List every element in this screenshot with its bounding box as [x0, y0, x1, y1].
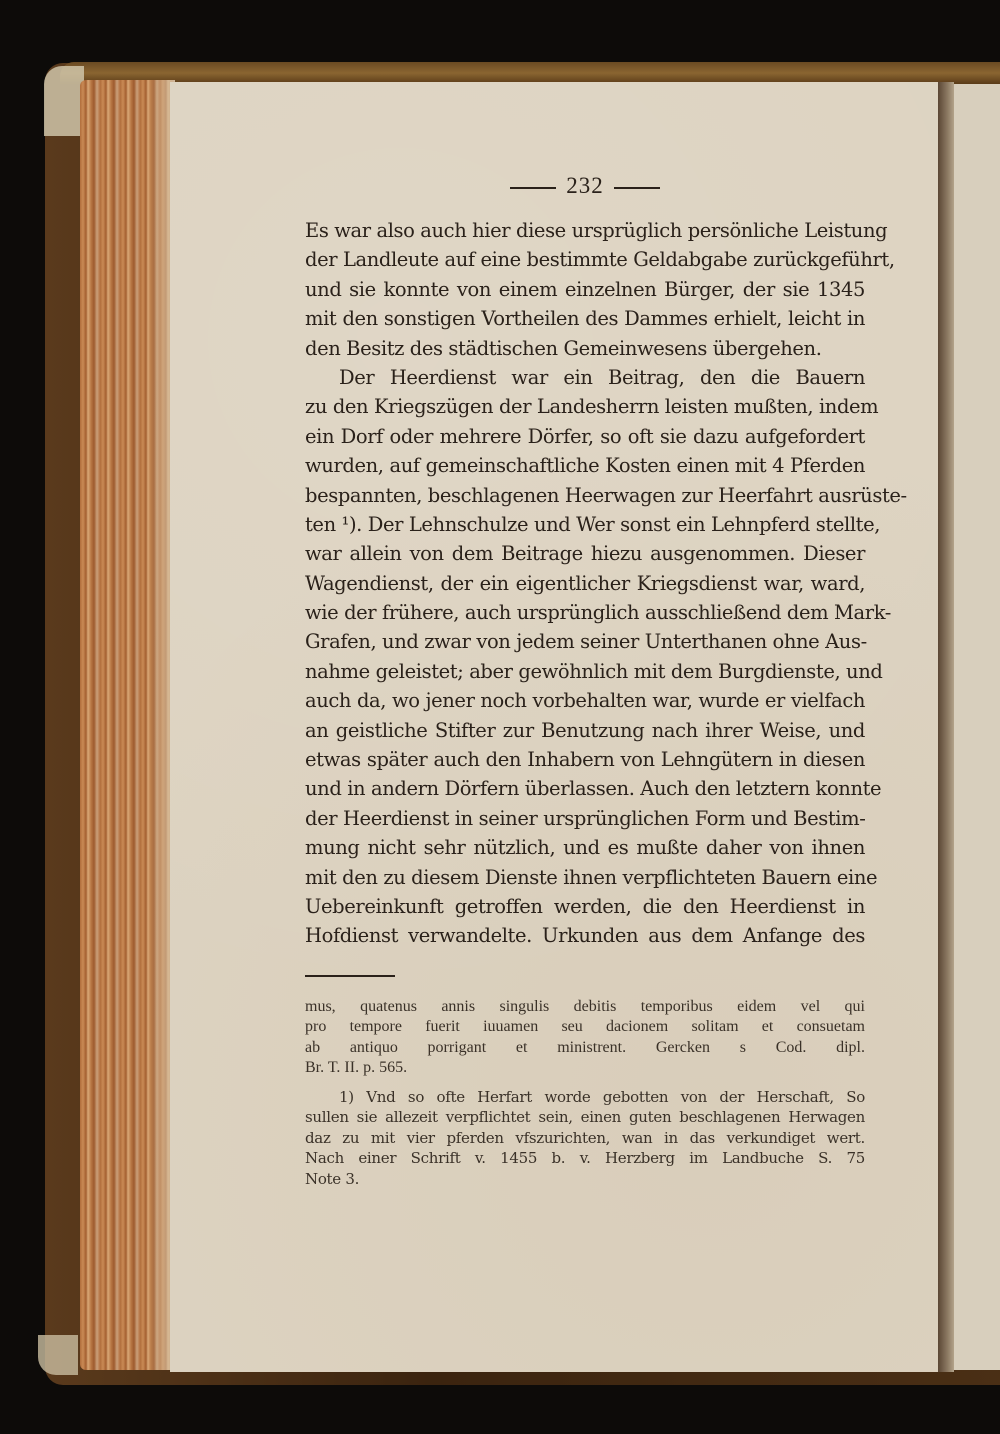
body-line: bespannten, beschlagenen Heerwagen zur H…	[305, 481, 865, 510]
footnote-separator	[305, 975, 395, 977]
footnote-line: Br. T. II. p. 565.	[305, 1058, 865, 1079]
footnote-line: daz zu mit vier pferden vfszurichten, wa…	[305, 1128, 865, 1149]
page-number: 232	[566, 173, 604, 198]
body-line: Grafen, und zwar von jedem seiner Untert…	[305, 627, 865, 656]
body-line: den Besitz des städtischen Gemeinwesens …	[305, 334, 865, 363]
body-line: Wagendienst, der ein eigentlicher Kriegs…	[305, 569, 865, 598]
body-line: Es war also auch hier diese ursprüglich …	[305, 216, 865, 245]
body-line: Uebereinkunft getroffen werden, die den …	[305, 892, 865, 921]
footnote-1: 1) Vnd so ofte Herfart worde gebotten vo…	[305, 1087, 865, 1190]
worn-cover-corner-top	[44, 66, 84, 136]
body-line: der Landleute auf eine bestimmte Geldabg…	[305, 245, 865, 274]
body-line: Der Heerdienst war ein Beitrag, den die …	[305, 363, 865, 392]
body-line: der Heerdienst in seiner ursprünglichen …	[305, 804, 865, 833]
worn-cover-corner-bottom	[38, 1335, 78, 1375]
footnote-line: mus, quatenus annis singulis debitis tem…	[305, 997, 865, 1018]
body-line: mit den sonstigen Vortheilen des Dammes …	[305, 304, 865, 333]
body-line: an geistliche Stifter zur Benutzung nach…	[305, 716, 865, 745]
body-text: Es war also auch hier diese ursprüglich …	[305, 216, 865, 951]
footnote-line: 1) Vnd so ofte Herfart worde gebotten vo…	[305, 1087, 865, 1108]
footnote-continuation: mus, quatenus annis singulis debitis tem…	[305, 997, 865, 1079]
book-cover-top-edge	[60, 62, 1000, 84]
footnote-line: pro tempore fuerit iuuamen seu dacionem …	[305, 1017, 865, 1038]
footnote-line: sullen sie allezeit verpflichtet sein, e…	[305, 1107, 865, 1128]
body-line: zu den Kriegszügen der Landesherrn leist…	[305, 392, 865, 421]
footnote-line: Nach einer Schrift v. 1455 b. v. Herzber…	[305, 1148, 865, 1169]
body-line: war allein von dem Beitrage hiezu ausgen…	[305, 539, 865, 568]
header-dash-left	[510, 187, 556, 189]
footnote-line: ab antiquo porrigant et ministrent. Gerc…	[305, 1038, 865, 1059]
header-dash-right	[614, 187, 660, 189]
body-line: mit den zu diesem Dienste ihnen verpflic…	[305, 863, 865, 892]
body-line: nahme geleistet; aber gewöhnlich mit dem…	[305, 657, 865, 686]
page-stack-edges	[80, 80, 175, 1370]
body-line: Hofdienst verwandelte. Urkunden aus dem …	[305, 921, 865, 950]
facing-page-edge	[954, 84, 1000, 1370]
footnote-line: Note 3.	[305, 1169, 865, 1190]
body-line: etwas später auch den Inhabern von Lehng…	[305, 745, 865, 774]
dark-background-top	[0, 0, 1000, 62]
body-line: wie der frühere, auch ursprünglich aussc…	[305, 598, 865, 627]
page-header: 232	[305, 168, 865, 204]
body-line: auch da, wo jener noch vorbehalten war, …	[305, 686, 865, 715]
body-line: ein Dorf oder mehrere Dörfer, so oft sie…	[305, 422, 865, 451]
body-line: und sie konnte von einem einzelnen Bürge…	[305, 275, 865, 304]
body-line: mung nicht sehr nützlich, und es mußte d…	[305, 833, 865, 862]
book-gutter	[938, 82, 954, 1372]
page-text-block: 232 Es war also auch hier diese ursprügl…	[305, 168, 865, 1189]
body-line: ten ¹). Der Lehnschulze und Wer sonst ei…	[305, 510, 865, 539]
body-line: und in andern Dörfern überlassen. Auch d…	[305, 774, 865, 803]
body-line: wurden, auf gemeinschaftliche Kosten ein…	[305, 451, 865, 480]
